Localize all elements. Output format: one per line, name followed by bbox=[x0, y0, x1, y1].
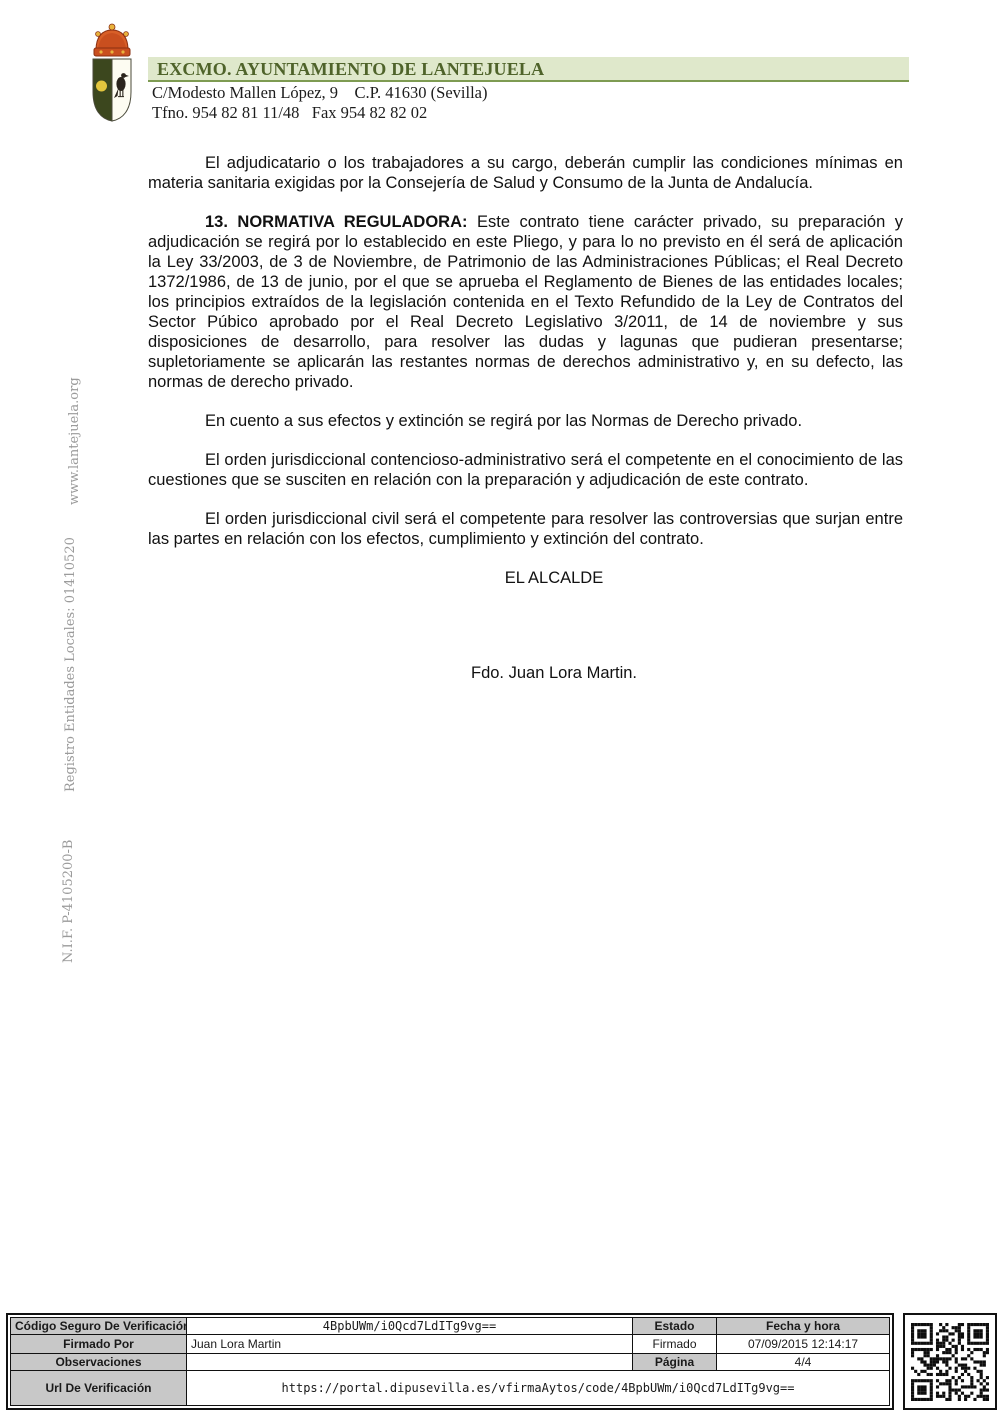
observaciones-label: Observaciones bbox=[11, 1354, 187, 1371]
signature-name: Fdo. Juan Lora Martin. bbox=[148, 663, 903, 683]
margin-registry: Registro Entidades Locales: 01410520 bbox=[63, 537, 78, 792]
document-body: El adjudicatario o los trabajadores a su… bbox=[148, 153, 903, 702]
paragraph-efectos: En cuento a sus efectos y extinción se r… bbox=[148, 411, 903, 431]
coat-of-arms-icon bbox=[84, 22, 140, 124]
crown-icon bbox=[94, 24, 130, 56]
estado-value: Firmado bbox=[633, 1335, 717, 1354]
paragraph-sanitary: El adjudicatario o los trabajadores a su… bbox=[148, 153, 903, 193]
csv-label: Código Seguro De Verificación: bbox=[11, 1318, 187, 1335]
csv-value: 4BpbUWm/i0Qcd7LdITg9vg== bbox=[187, 1318, 633, 1335]
table-row: Url De Verificación https://portal.dipus… bbox=[11, 1371, 890, 1406]
margin-website: www.lantejuela.org bbox=[67, 377, 82, 505]
address-line-2: Tfno. 954 82 81 11/48 Fax 954 82 82 02 bbox=[152, 103, 427, 122]
observaciones-value bbox=[187, 1354, 633, 1371]
paragraph-civil: El orden jurisdiccional civil será el co… bbox=[148, 509, 903, 549]
pagina-label: Página bbox=[633, 1354, 717, 1371]
table-row: Código Seguro De Verificación: 4BpbUWm/i… bbox=[11, 1318, 890, 1335]
firmado-value: Juan Lora Martin bbox=[187, 1335, 633, 1354]
verification-table: Código Seguro De Verificación: 4BpbUWm/i… bbox=[6, 1313, 894, 1410]
table-row: Observaciones Página 4/4 bbox=[11, 1354, 890, 1371]
org-banner: EXCMO. AYUNTAMIENTO DE LANTEJUELA bbox=[148, 57, 909, 82]
url-value: https://portal.dipusevilla.es/vfirmaAyto… bbox=[187, 1371, 890, 1406]
paragraph-normativa: 13. NORMATIVA REGULADORA: Este contrato … bbox=[148, 212, 903, 392]
paragraph-contencioso: El orden jurisdiccional contencioso-admi… bbox=[148, 450, 903, 490]
url-label: Url De Verificación bbox=[11, 1371, 187, 1406]
estado-header: Estado bbox=[633, 1318, 717, 1335]
org-address: C/Modesto Mallen López, 9 C.P. 41630 (Se… bbox=[152, 83, 487, 123]
shield-icon bbox=[93, 59, 131, 121]
address-line-1: C/Modesto Mallen López, 9 C.P. 41630 (Se… bbox=[152, 83, 487, 102]
org-name: EXCMO. AYUNTAMIENTO DE LANTEJUELA bbox=[148, 57, 909, 80]
table-row: Firmado Por Juan Lora Martin Firmado 07/… bbox=[11, 1335, 890, 1354]
pagina-value: 4/4 bbox=[717, 1354, 890, 1371]
document-page: EXCMO. AYUNTAMIENTO DE LANTEJUELA C/Mode… bbox=[0, 0, 1000, 1418]
qr-code bbox=[903, 1313, 997, 1410]
fecha-header: Fecha y hora bbox=[717, 1318, 890, 1335]
firmado-label: Firmado Por bbox=[11, 1335, 187, 1354]
margin-nif: N.I.F. P-4105200-B bbox=[61, 840, 76, 963]
clause-13-text: Este contrato tiene carácter privado, su… bbox=[148, 213, 903, 391]
clause-13-heading: 13. NORMATIVA REGULADORA: bbox=[205, 213, 468, 231]
signature-title: EL ALCALDE bbox=[148, 568, 903, 588]
fecha-value: 07/09/2015 12:14:17 bbox=[717, 1335, 890, 1354]
